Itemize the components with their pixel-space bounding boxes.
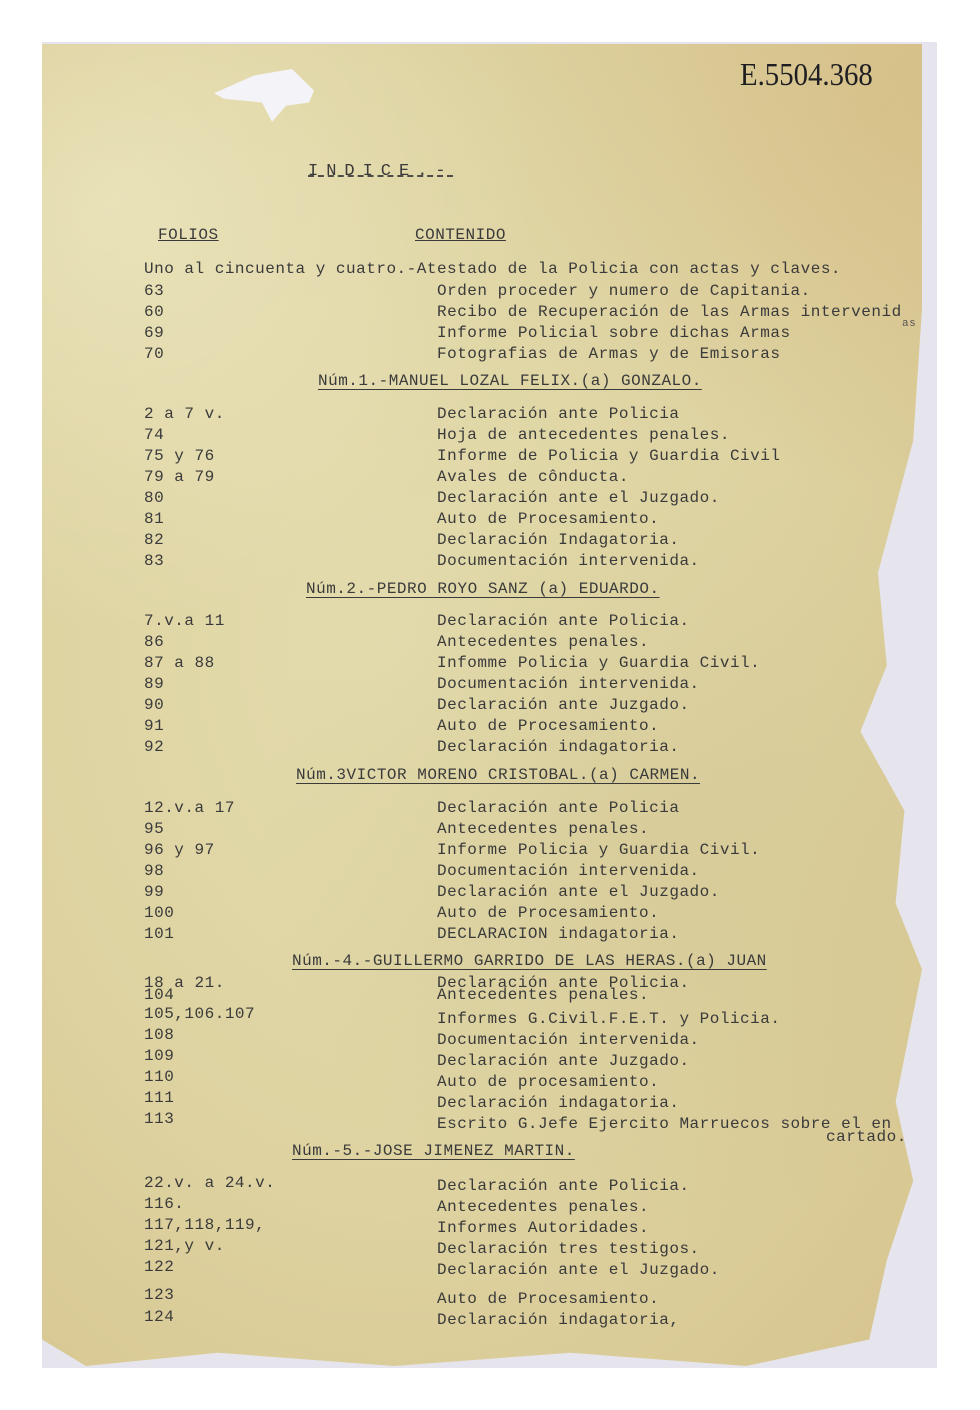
content-cell: Antecedentes penales. — [437, 1196, 649, 1218]
folio-cell: 70 — [144, 343, 164, 365]
intro-folios: Uno al cincuenta y cuatro.- — [144, 260, 417, 278]
folio-cell: 99 — [144, 881, 164, 903]
content-cell: Documentación intervenida. — [437, 550, 700, 572]
content-cell: Antecedentes penales. — [437, 631, 649, 653]
content-cell: Auto de procesamiento. — [437, 1071, 659, 1093]
folio-cell: 101 — [144, 923, 174, 945]
content-cell: Declaración tres testigos. — [437, 1238, 700, 1260]
content-cell: Declaración ante Policia — [437, 797, 679, 819]
folio-cell: 89 — [144, 673, 164, 695]
folio-cell: 22.v. a 24.v. — [144, 1172, 275, 1194]
content-cell: Documentación intervenida. — [437, 1029, 700, 1051]
folio-cell: 7.v.a 11 — [144, 610, 225, 632]
folio-cell: 123 — [144, 1284, 174, 1306]
content-cell: Declaración Indagatoria. — [437, 529, 679, 551]
content-cell: Declaración ante el Juzgado. — [437, 881, 720, 903]
folio-cell: 2 a 7 v. — [144, 403, 225, 425]
folio-cell: 74 — [144, 424, 164, 446]
folio-cell: 113 — [144, 1108, 174, 1130]
content-cell: Auto de Procesamiento. — [437, 715, 659, 737]
folio-cell: 60 — [144, 301, 164, 323]
folio-cell: 98 — [144, 860, 164, 882]
content-cell: Declaración ante Juzgado. — [437, 694, 690, 716]
folio-cell: 80 — [144, 487, 164, 509]
content-cell: Hoja de antecedentes penales. — [437, 424, 730, 446]
folio-cell: 105,106.107 — [144, 1003, 255, 1025]
folio-cell: 111 — [144, 1087, 174, 1109]
folio-cell: 83 — [144, 550, 164, 572]
folio-cell: 63 — [144, 280, 164, 302]
content-continuation: cartado. — [826, 1126, 907, 1148]
content-cell: Antecedentes penales. — [437, 818, 649, 840]
content-cell: Declaración ante Juzgado. — [437, 1050, 690, 1072]
content-cell: Informes G.Civil.F.E.T. y Policia. — [437, 1008, 780, 1030]
content-cell: Antecedentes penales. — [437, 984, 649, 1006]
column-header-folios: FOLIOS — [158, 226, 219, 244]
content-cell: Declaración ante Policia — [437, 403, 679, 425]
folio-cell: 96 y 97 — [144, 839, 215, 861]
folio-cell: 86 — [144, 631, 164, 653]
page-title: INDICE.- — [308, 162, 454, 181]
folio-cell: 122 — [144, 1256, 174, 1278]
content-cell: Declaración ante Policia. — [437, 610, 690, 632]
folio-cell: 117,118,119, — [144, 1214, 265, 1236]
folio-cell: 121,y v. — [144, 1235, 225, 1257]
folio-cell: 124 — [144, 1306, 174, 1328]
reference-number-stamp: E.5504.368 — [740, 56, 873, 93]
folio-cell: 75 y 76 — [144, 445, 215, 467]
content-cell: Informe Policial sobre dichas Armas — [437, 322, 791, 344]
content-cell: Declaración indagatoria. — [437, 736, 679, 758]
content-cell: Informe Policia y Guardia Civil. — [437, 839, 760, 861]
folio-cell: 69 — [144, 322, 164, 344]
section-title: Núm.3VICTOR MORENO CRISTOBAL.(a) CARMEN. — [296, 766, 700, 784]
folio-cell: 91 — [144, 715, 164, 737]
content-cell: Auto de Procesamiento. — [437, 508, 659, 530]
content-cell: Auto de Procesamiento. — [437, 902, 659, 924]
folio-cell: 116. — [144, 1193, 184, 1215]
content-cell: Declaración indagatoria, — [437, 1309, 679, 1331]
folio-cell: 108 — [144, 1024, 174, 1046]
folio-cell: 90 — [144, 694, 164, 716]
folio-cell: 81 — [144, 508, 164, 530]
folio-cell: 12.v.a 17 — [144, 797, 235, 819]
intro-content: Atestado de la Policia con actas y clave… — [417, 260, 841, 278]
content-cell: Infomme Policia y Guardia Civil. — [437, 652, 760, 674]
content-cell: Documentación intervenida. — [437, 860, 700, 882]
content-cell: Informes Autoridades. — [437, 1217, 649, 1239]
folio-cell: 92 — [144, 736, 164, 758]
folio-cell: 100 — [144, 902, 174, 924]
section-title: Núm.2.-PEDRO ROYO SANZ (a) EDUARDO. — [306, 580, 660, 598]
section-title: Núm.-4.-GUILLERMO GARRIDO DE LAS HERAS.(… — [292, 952, 767, 970]
content-cell: Declaración ante el Juzgado. — [437, 1259, 720, 1281]
content-cell: Recibo de Recuperación de las Armas inte… — [437, 301, 902, 323]
folio-cell: 109 — [144, 1045, 174, 1067]
margin-note: as — [902, 318, 916, 330]
column-header-contenido: CONTENIDO — [415, 226, 506, 244]
content-cell: Declaración indagatoria. — [437, 1092, 679, 1114]
folio-cell: 79 a 79 — [144, 466, 215, 488]
intro-row: Uno al cincuenta y cuatro.-Atestado de l… — [144, 258, 841, 280]
content-cell: Orden proceder y numero de Capitania. — [437, 280, 811, 302]
content-cell: Fotografias de Armas y de Emisoras — [437, 343, 780, 365]
content-cell: Informe de Policia y Guardia Civil — [437, 445, 780, 467]
document-page: E.5504.368 INDICE.- FOLIOS CONTENIDO Uno… — [0, 0, 980, 1410]
content-cell: Documentación intervenida. — [437, 673, 700, 695]
content-cell: Declaración ante el Juzgado. — [437, 487, 720, 509]
folio-cell: 95 — [144, 818, 164, 840]
folio-cell: 87 a 88 — [144, 652, 215, 674]
content-cell: Auto de Procesamiento. — [437, 1288, 659, 1310]
content-cell: Escrito G.Jefe Ejercito Marruecos sobre … — [437, 1113, 892, 1135]
content-cell: Avales de cônducta. — [437, 466, 629, 488]
content-cell: Declaración ante Policia. — [437, 1175, 690, 1197]
folio-cell: 110 — [144, 1066, 174, 1088]
content-cell: DECLARACION indagatoria. — [437, 923, 679, 945]
folio-cell: 82 — [144, 529, 164, 551]
section-title: Núm.1.-MANUEL LOZAL FELIX.(a) GONZALO. — [318, 372, 702, 390]
section-title: Núm.-5.-JOSE JIMENEZ MARTIN. — [292, 1142, 575, 1160]
